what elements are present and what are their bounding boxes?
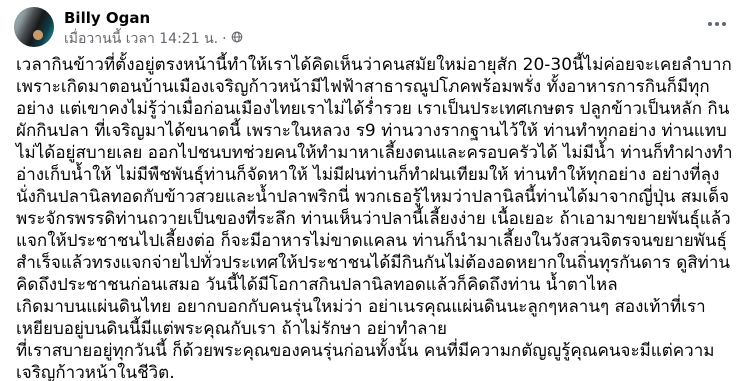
post-text: เวลากินข้าวที่ตั้งอยู่ตรงหน้านี้ทำให้เรา… (0, 51, 750, 381)
meta-separator: · (222, 30, 226, 48)
avatar[interactable] (14, 7, 54, 47)
ellipsis-icon (708, 22, 712, 26)
header-text: Billy Ogan เมื่อวานนี้ เวลา 14:21 น. · (64, 7, 243, 48)
more-options-button[interactable] (704, 14, 730, 34)
author-name[interactable]: Billy Ogan (64, 9, 243, 28)
globe-icon (231, 30, 243, 48)
facebook-post: Billy Ogan เมื่อวานนี้ เวลา 14:21 น. · เ… (0, 0, 750, 381)
timestamp[interactable]: เมื่อวานนี้ เวลา 14:21 น. (64, 30, 218, 48)
post-paragraph-1: เวลากินข้าวที่ตั้งอยู่ตรงหน้านี้ทำให้เรา… (16, 54, 734, 296)
ellipsis-icon (715, 22, 719, 26)
post-paragraph-3: ที่เราสบายอยู่ทุกวันนี้ ก็ด้วยพระคุณของค… (16, 340, 734, 381)
ellipsis-icon (722, 22, 726, 26)
post-paragraph-2: เกิดมาบนแผ่นดินไทย อยากบอกกับคนรุ่นใหม่ว… (16, 296, 734, 340)
post-meta[interactable]: เมื่อวานนี้ เวลา 14:21 น. · (64, 29, 243, 48)
post-header: Billy Ogan เมื่อวานนี้ เวลา 14:21 น. · (0, 0, 750, 51)
